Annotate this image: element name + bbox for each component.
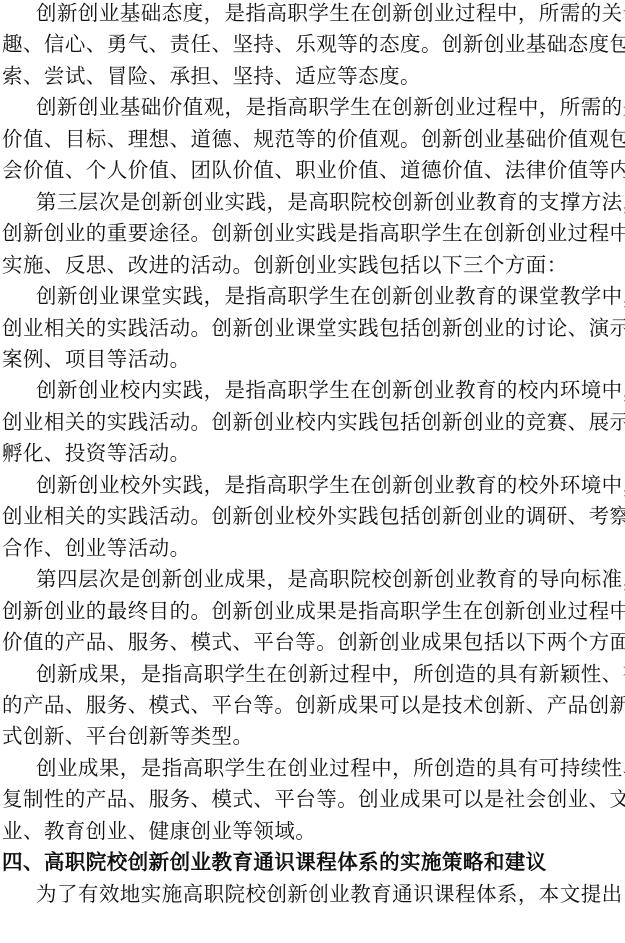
text-line: 创业相关的实践活动。创新创业校外实践包括创新创业的调研、考察、实习、实训、	[2, 501, 625, 532]
text-line: 趣、信心、勇气、责任、坚持、乐观等的态度。创新创业基础态度包括创新创业的探	[2, 29, 625, 60]
text-line: 创新创业基础价值观，是指高职学生在创新创业过程中，所需的关于创新创业的	[2, 92, 625, 123]
paragraph-offcampus-practice: 创新创业校外实践，是指高职学生在创新创业教育的校外环境中，进行的与创新 创业相关…	[2, 470, 625, 564]
paragraph-campus-practice: 创新创业校内实践，是指高职学生在创新创业教育的校内环境中，进行的与创新 创业相关…	[2, 375, 625, 469]
text-line: 式创新、平台创新等类型。	[2, 721, 625, 752]
text-line: 业、教育创业、健康创业等领域。	[2, 816, 625, 847]
paragraph-fourth-level-results: 第四层次是创新创业成果，是高职院校创新创业教育的导向标准，也是高职学生 创新创业…	[2, 564, 625, 658]
text-line: 创业相关的实践活动。创新创业课堂实践包括创新创业的讨论、演示、模拟、游戏、	[2, 313, 625, 344]
paragraph-entrepreneurship-results: 创业成果，是指高职学生在创业过程中，所创造的具有可持续性、可扩展性、可 复制性的…	[2, 753, 625, 847]
text-line: 为了有效地实施高职院校创新创业教育通识课程体系，本文提出了以下几点策略	[2, 879, 625, 910]
text-line: 的产品、服务、模式、平台等。创新成果可以是技术创新、产品创新、服务创新、模	[2, 690, 625, 721]
text-line: 价值的产品、服务、模式、平台等。创新创业成果包括以下两个方面：	[2, 627, 625, 658]
text-line: 创新创业课堂实践，是指高职学生在创新创业教育的课堂教学中，进行的与创新	[2, 281, 625, 312]
paragraph-innovation-results: 创新成果，是指高职学生在创新过程中，所创造的具有新颖性、有效性、实用性 的产品、…	[2, 659, 625, 753]
paragraph-basic-attitude: 创新创业基础态度，是指高职学生在创新创业过程中，所需的关于创新创业的兴 趣、信心…	[2, 0, 625, 92]
text-line: 索、尝试、冒险、承担、坚持、适应等态度。	[2, 61, 625, 92]
text-line: 创新创业的最终目的。创新创业成果是指高职学生在创新创业过程中，所创造的具有	[2, 596, 625, 627]
text-line: 创业相关的实践活动。创新创业校内实践包括创新创业的竞赛、展示、培训、辅导、	[2, 407, 625, 438]
text-line: 实施、反思、改进的活动。创新创业实践包括以下三个方面：	[2, 250, 625, 281]
text-line: 第四层次是创新创业成果，是高职院校创新创业教育的导向标准，也是高职学生	[2, 564, 625, 595]
text-line: 复制性的产品、服务、模式、平台等。创业成果可以是社会创业、文化创业、环境创	[2, 784, 625, 815]
text-line: 创新创业校内实践，是指高职学生在创新创业教育的校内环境中，进行的与创新	[2, 375, 625, 406]
paragraph-classroom-practice: 创新创业课堂实践，是指高职学生在创新创业教育的课堂教学中，进行的与创新 创业相关…	[2, 281, 625, 375]
paragraph-third-level-practice: 第三层次是创新创业实践，是高职院校创新创业教育的支撑方法，也是高职学生 创新创业…	[2, 187, 625, 281]
text-line: 创业成果，是指高职学生在创业过程中，所创造的具有可持续性、可扩展性、可	[2, 753, 625, 784]
text-line: 创新创业基础态度，是指高职学生在创新创业过程中，所需的关于创新创业的兴	[2, 0, 625, 29]
section-heading: 四、高职院校创新创业教育通识课程体系的实施策略和建议	[2, 847, 625, 878]
text-line: 合作、创业等活动。	[2, 533, 625, 564]
text-line: 创新创业校外实践，是指高职学生在创新创业教育的校外环境中，进行的与创新	[2, 470, 625, 501]
text-line: 第三层次是创新创业实践，是高职院校创新创业教育的支撑方法，也是高职学生	[2, 187, 625, 218]
text-line: 价值、目标、理想、道德、规范等的价值观。创新创业基础价值观包括创新创业的社	[2, 124, 625, 155]
text-line: 案例、项目等活动。	[2, 344, 625, 375]
text-line: 创新成果，是指高职学生在创新过程中，所创造的具有新颖性、有效性、实用性	[2, 659, 625, 690]
text-line: 孵化、投资等活动。	[2, 438, 625, 469]
text-line: 创新创业的重要途径。创新创业实践是指高职学生在创新创业过程中，参与、体验、	[2, 218, 625, 249]
paragraph-basic-values: 创新创业基础价值观，是指高职学生在创新创业过程中，所需的关于创新创业的 价值、目…	[2, 92, 625, 186]
text-line: 会价值、个人价值、团队价值、职业价值、道德价值、法律价值等内容。	[2, 155, 625, 186]
paragraph-closing: 为了有效地实施高职院校创新创业教育通识课程体系，本文提出了以下几点策略	[2, 879, 625, 910]
document-page: 创新创业基础态度，是指高职学生在创新创业过程中，所需的关于创新创业的兴 趣、信心…	[2, 0, 625, 910]
